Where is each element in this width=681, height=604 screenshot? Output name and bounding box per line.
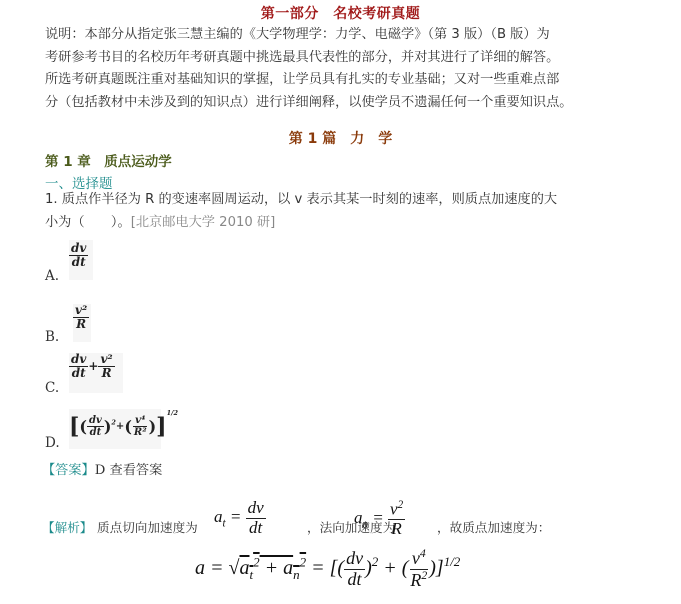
answer-value: D: [95, 463, 106, 478]
option-c-formula-image: dvdt+v²R: [69, 353, 123, 393]
option-label: C.: [45, 380, 59, 396]
answer-tag: 【答案】: [42, 463, 95, 478]
option-a: A. dvdt: [45, 240, 165, 285]
analysis-text-1: 质点切向加速度为: [97, 517, 198, 536]
option-b: B. v²R: [45, 302, 165, 347]
option-a-formula-image: dvdt: [69, 240, 93, 280]
analysis-text-3: ，故质点加速度为：: [437, 517, 550, 536]
intro-paragraph: 说明：本部分从指定张三慧主编的《大学物理学：力学、电磁学》（第 3 版）（B 版…: [45, 24, 645, 114]
intro-line: 分（包括教材中未涉及到的知识点）进行详细阐释，以使学员不遗漏任何一个重要知识点。: [45, 92, 645, 115]
question-line: 1. 质点作半径为 R 的变速率圆周运动，以 v 表示其某一时刻的速率，则质点加…: [45, 189, 645, 212]
option-d: D. [(dvdt)2+(v⁴R²)]1/2: [45, 405, 205, 450]
intro-line: 考研参考书目的名校历年考研真题中挑选最具代表性的部分，并对其进行了详细的解答。: [45, 47, 645, 70]
option-c: C. dvdt+v²R: [45, 353, 185, 398]
option-d-formula-image: [(dvdt)2+(v⁴R²)]1/2: [69, 409, 161, 449]
analysis-line: 【解析】 质点切向加速度为 at = dvdt ，法向加速度为 an = v2R…: [42, 497, 662, 547]
chapter-title: 第 1 章 质点运动学: [45, 150, 172, 170]
option-label: B.: [45, 329, 59, 345]
analysis-tag: 【解析】: [42, 517, 92, 536]
option-label: A.: [45, 268, 59, 284]
option-b-formula-image: v²R: [73, 304, 91, 342]
question-stem-end: 小为（ ）。: [45, 215, 131, 230]
total-acceleration-formula: a = √at2 + an2 = [(dvdt)2 + (v4R2)]1/2: [195, 548, 460, 591]
part-title: 第一部分 名校考研真题: [0, 3, 681, 23]
tangential-acceleration-formula: at = dvdt: [214, 499, 266, 537]
option-label: D.: [45, 435, 60, 451]
question-text: 1. 质点作半径为 R 的变速率圆周运动，以 v 表示其某一时刻的速率，则质点加…: [45, 189, 645, 234]
normal-acceleration-formula: an = v2R: [354, 499, 405, 539]
intro-line: 所选考研真题既注重对基础知识的掌握，让学员具有扎实的专业基础；又对一些重难点部: [45, 69, 645, 92]
answer-line: 【答案】D 查看答案: [42, 459, 162, 478]
volume-title: 第 1 篇 力 学: [0, 128, 681, 148]
question-source: [北京邮电大学 2010 研]: [131, 215, 276, 230]
view-answer-link[interactable]: 查看答案: [110, 463, 163, 478]
intro-line: 说明：本部分从指定张三慧主编的《大学物理学：力学、电磁学》（第 3 版）（B 版…: [45, 24, 645, 47]
question-line: 小为（ ）。[北京邮电大学 2010 研]: [45, 212, 645, 235]
